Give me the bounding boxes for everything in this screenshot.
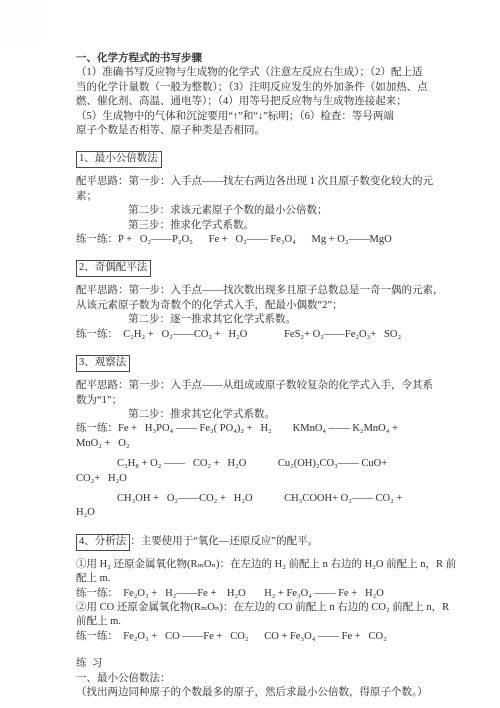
boxed-heading: 2、奇偶配平法 <box>76 260 151 277</box>
doc-line: 原子个数是否相等、原子种类是否相同。 <box>76 124 486 138</box>
line-text: 配平思路：第一步：入手点——找次数出现多且原子总数总是一奇一偶的元素， <box>76 285 444 296</box>
line-text: 素； <box>76 191 97 202</box>
page-title: 一、化学方程式的书写步骤 <box>76 52 486 66</box>
doc-line: H₂O <box>76 506 486 520</box>
line-text: CO₂+ H₂O <box>76 473 127 484</box>
doc-line: CH₃OH + O₂——CO₂ + H₂O CH₃COOH+ O₂—— CO₂ … <box>76 492 486 506</box>
doc-line: 练 习 <box>76 657 486 671</box>
doc-line: 第二步：求该元素原子个数的最小公倍数； <box>76 204 486 218</box>
boxed-heading: 1、最小公倍数法 <box>76 151 162 168</box>
doc-line: 前配上 m. <box>76 615 486 629</box>
line-text: 第二步：推求其它化学式系数。 <box>128 409 275 420</box>
line-text: 数为“1”； <box>76 395 122 406</box>
doc-line: C₃H₈ + O₂ —— CO₂ + H₂O Cu₂(OH)₂CO₃—— CuO… <box>76 457 486 471</box>
doc-line: 配平思路：第一步：入手点——找左右两边各出现 1 次且原子数变化较大的元 <box>76 175 486 189</box>
line-text: 第三步：推求化学式系数。 <box>128 220 254 231</box>
line-text: CH₃OH + O₂——CO₂ + H₂O CH₃COOH+ O₂—— CO₂ … <box>117 493 402 504</box>
line-text: ①用 H₂ 还原金属氧化物(RₘOₙ)：在左边的 H₂ 前配上 n 右边的 H₂… <box>76 559 456 570</box>
scan-corner-artifact <box>0 0 42 42</box>
doc-line: 从该元素原子数为奇数个的化学式入手，配最小偶数“2”； <box>76 299 486 313</box>
doc-line: 第二步：推求其它化学式系数。 <box>76 408 486 422</box>
doc-line: MnO₂ + O₂ <box>76 437 486 451</box>
line-text: H₂O <box>76 507 95 518</box>
doc-line: （找出两边同种原子的个数最多的原子，然后求最小公倍数，得原子个数。） <box>76 686 486 700</box>
doc-line: 第二步：逐一推求其它化学式系数。 <box>76 313 486 327</box>
line-text: 配平思路：第一步：入手点——找左右两边各出现 1 次且原子数变化较大的元 <box>76 176 433 187</box>
doc-line: 练一练： C₂H₂ + O₂——CO₂ + H₂O FeS₂+ O₂——Fe₂O… <box>76 328 486 342</box>
line-text: 第二步：求该元素原子个数的最小公倍数； <box>128 205 328 216</box>
line-text: ：主要使用于“氧化—还原反应”的配平。 <box>130 536 318 547</box>
doc-line: 燃、催化剂、高温、通电等）；（4）用等号把反应物与生成物连接起来； <box>76 95 486 109</box>
line-text: 配上 m. <box>76 573 110 584</box>
doc-line: 配上 m. <box>76 572 486 586</box>
line-text: 第二步：逐一推求其它化学式系数。 <box>128 314 296 325</box>
line-text: 从该元素原子数为奇数个的化学式入手，配最小偶数“2”； <box>76 300 343 311</box>
doc-line: 练一练：P + O₂——P₂O₅ Fe + O₂—— Fe₃O₄ Mg + O₂… <box>76 233 486 247</box>
boxed-heading: 3、观察法 <box>76 355 130 372</box>
doc-line: 配平思路：第一步：入手点——从组成或原子数较复杂的化学式入手，令其系 <box>76 379 486 393</box>
doc-line: CO₂+ H₂O <box>76 472 486 486</box>
doc-line: 素； <box>76 190 486 204</box>
section-heading-line: 3、观察法 <box>76 355 486 373</box>
document-page: 一、化学方程式的书写步骤（1）准确书写反应物与生成物的化学式（注意左反应右生成）… <box>0 0 500 708</box>
line-text: 前配上 m. <box>76 616 121 627</box>
section-heading-line: 4、分析法：主要使用于“氧化—还原反应”的配平。 <box>76 534 486 552</box>
line-text: C₃H₈ + O₂ —— CO₂ + H₂O Cu₂(OH)₂CO₃—— CuO… <box>117 458 387 469</box>
doc-line: 第三步：推求化学式系数。 <box>76 219 486 233</box>
line-text: 练一练： Fe₂O₃ + H₂——Fe + H₂O H₂ + Fe₃O₄ —— … <box>76 588 384 599</box>
doc-line: 练一练：Fe + H₃PO₄ —— Fe₃( PO₄)₂ + H₂ KMnO₄ … <box>76 422 486 436</box>
line-text: 练一练：Fe + H₃PO₄ —— Fe₃( PO₄)₂ + H₂ KMnO₄ … <box>76 423 398 434</box>
line-text: 燃、催化剂、高温、通电等）；（4）用等号把反应物与生成物连接起来； <box>76 96 407 107</box>
line-text: 练一练：P + O₂——P₂O₅ Fe + O₂—— Fe₃O₄ Mg + O₂… <box>76 234 392 245</box>
line-text: 一、化学方程式的书写步骤 <box>76 53 202 64</box>
doc-line: ②用 CO 还原金属氧化物(RₘOₙ)：在左边的 CO 前配上 n 右边的 CO… <box>76 601 486 615</box>
line-text: 原子个数是否相等、原子种类是否相同。 <box>76 125 265 136</box>
line-text: 当的化学计量数（一般为整数）；（3）注明反应发生的外加条件（如加热、点 <box>76 82 428 93</box>
line-text: （1）准确书写反应物与生成物的化学式（注意左反应右生成）；（2）配上适 <box>76 67 423 78</box>
line-text: 配平思路：第一步：入手点——从组成或原子数较复杂的化学式入手，令其系 <box>76 380 433 391</box>
line-text: 练 习 <box>76 658 102 669</box>
line-text: 练一练： C₂H₂ + O₂——CO₂ + H₂O FeS₂+ O₂——Fe₂O… <box>76 329 401 340</box>
section-heading-line: 1、最小公倍数法 <box>76 151 486 169</box>
line-text: 一、最小公倍数法： <box>76 673 171 684</box>
line-text: ②用 CO 还原金属氧化物(RₘOₙ)：在左边的 CO 前配上 n 右边的 CO… <box>76 602 449 613</box>
doc-line: 配平思路：第一步：入手点——找次数出现多且原子总数总是一奇一偶的元素， <box>76 284 486 298</box>
doc-line: ①用 H₂ 还原金属氧化物(RₘOₙ)：在左边的 H₂ 前配上 n 右边的 H₂… <box>76 558 486 572</box>
boxed-heading: 4、分析法 <box>76 534 130 551</box>
section-heading-line: 2、奇偶配平法 <box>76 260 486 278</box>
line-text: （找出两边同种原子的个数最多的原子，然后求最小公倍数，得原子个数。） <box>76 687 428 698</box>
line-text: MnO₂ + O₂ <box>76 438 130 449</box>
doc-line: （1）准确书写反应物与生成物的化学式（注意左反应右生成）；（2）配上适 <box>76 66 486 80</box>
doc-line: 练一练： Fe₂O₃ + H₂——Fe + H₂O H₂ + Fe₃O₄ —— … <box>76 587 486 601</box>
doc-line: 当的化学计量数（一般为整数）；（3）注明反应发生的外加条件（如加热、点 <box>76 81 486 95</box>
doc-line: 数为“1”； <box>76 394 486 408</box>
line-text: （5）生成物中的气体和沉淀要用“↑”和“↓”标明；（6）检查：等号两端 <box>76 111 394 122</box>
doc-line: 一、最小公倍数法： <box>76 672 486 686</box>
doc-line: （5）生成物中的气体和沉淀要用“↑”和“↓”标明；（6）检查：等号两端 <box>76 110 486 124</box>
doc-line: 练一练： Fe₂O₃ + CO ——Fe + CO₂ CO + Fe₃O₄ ——… <box>76 630 486 644</box>
document-content: 一、化学方程式的书写步骤（1）准确书写反应物与生成物的化学式（注意左反应右生成）… <box>76 52 486 700</box>
line-text: 练一练： Fe₂O₃ + CO ——Fe + CO₂ CO + Fe₃O₄ ——… <box>76 631 387 642</box>
